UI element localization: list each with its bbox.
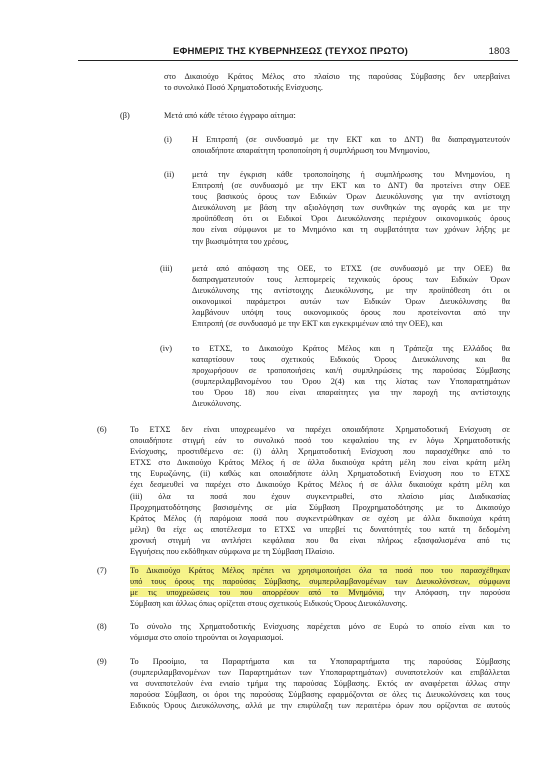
paragraph-label: (7) [97,565,107,576]
item-label-beta: (β) [120,110,130,121]
text-line: Διευκόλυνσης. [192,398,510,409]
paragraph-label: (6) [97,424,107,435]
text-line: Διευκόλυνση με βάση την αξιολόγηση των σ… [192,202,510,213]
text-line: Κράτος Μέλος (ή παρόμοια ποσά που συγκεν… [130,513,510,524]
text-line: Το σύνολο της Χρηματοδοτικής Ενίσχυσης π… [130,621,510,632]
text-line: του Όρου 18) που είναι απαραίτητες για τ… [192,387,510,398]
text-line: καταρτίσουν τους σχετικούς Ειδικούς Όρου… [192,354,510,365]
text-line: Διευκόλυνσης της αντίστοιχης Διευκόλυνση… [192,285,510,296]
text-line: την βιωσιμότητα του χρέους, [192,236,510,247]
text-line: Επιτροπή (σε συνδυασμό με την ΕΚΤ και το… [192,180,510,191]
text-line: προϋπόθεση ότι οι Ειδικοί Όροι Διευκόλυν… [192,213,510,224]
page-header: ΕΦΗΜΕΡΙΣ ΤΗΣ ΚΥΒΕΡΝΗΣΕΩΣ (ΤΕΥΧΟΣ ΠΡΩΤΟ) … [78,46,510,59]
text-line: προχωρήσουν σε τροποποιήσεις και/ή συμπλ… [192,365,510,376]
text-line: Ειδικούς Όρους Διευκόλυνσης, αλλά με την… [130,700,510,711]
paragraph-7: Το Δικαιούχο Κράτος Μέλος πρέπει να χρησ… [130,565,510,609]
text-line: της Ευρωζώνης, (ii) καθώς και οποιαδήποτ… [130,468,510,479]
header-rule [78,60,518,61]
text-line: Μετά από κάθε τέτοιο έγγραφο αίτημα: [164,110,510,121]
text-line: Το ΕΤΧΣ δεν είναι υποχρεωμένο να παρέχει… [130,424,510,435]
subitem-iv: το ΕΤΧΣ, το Δικαιούχο Κράτος Μέλος και η… [192,343,510,410]
highlighted-text: με τις υποχρεώσεις του που απορρέουν από… [130,588,384,597]
paragraph-label: (9) [97,656,107,667]
text-line: μέλη) θα είχε ως αποτέλεσμα το ΕΤΧΣ να υ… [130,524,510,535]
text-line: ΕΤΧΣ στο Δικαιούχο Κράτος Μέλος ή σε άλλ… [130,457,510,468]
text-line: που είναι σύμφωνοι με το Μνημόνιο και τη… [192,224,510,235]
subitem-label: (ii) [164,169,174,180]
paragraph-9: Το Προοίμιο, τα Παραρτήματα και τα Υποπα… [130,656,510,711]
text-line: Η Επιτροπή (σε συνδυασμό με την ΕΚΤ και … [192,134,510,145]
text-fragment: την Απόφαση, την παρούσα [384,588,510,597]
text-line: τους βασικούς όρους των Ειδικών Όρων Διε… [192,191,510,202]
text-line: Εγγυήσεις που εκδόθηκαν σύμφωνα με τη Σύ… [130,546,510,557]
text-line: παρούσα Σύμβαση, οι όροι της παρούσας Σύ… [130,689,510,700]
text-line: διαπραγματευτούν τους λεπτομερείς τεχνικ… [192,274,510,285]
text-line: (iii) όλα τα ποσά που έχουν συγκεντρωθεί… [130,491,510,502]
text-line: μετά από απόφαση της ΟΕΕ, το ΕΤΧΣ (σε συ… [192,263,510,274]
text-line: Επιτροπή (σε συνδυασμό με την ΕΚΤ και εγ… [192,318,510,329]
text-line: το συνολικό Ποσό Χρηματοδοτικής Ενίσχυση… [164,82,510,93]
subitem-ii: μετά την έγκριση κάθε τροποποίησης ή συμ… [192,169,510,247]
text-line: μετά την έγκριση κάθε τροποποίησης ή συμ… [192,169,510,180]
text-line: Το Προοίμιο, τα Παραρτήματα και τα Υποπα… [130,656,510,667]
text-line: χρονική στιγμή να αντλήσει κεφάλαια που … [130,535,510,546]
text-line: οικονομικοί παράμετροι αυτών των Ειδικών… [192,296,510,307]
text-line: λαμβάνουν υπόψη τους οικονομικούς όρους … [192,307,510,318]
text-line: Σύμβαση και άλλως όπως ορίζεται στους σχ… [130,598,510,609]
text-line: το ΕΤΧΣ, το Δικαιούχο Κράτος Μέλος και η… [192,343,510,354]
text-line: στο Δικαιούχο Κράτος Μέλος στο πλαίσιο τ… [164,71,510,82]
paragraph-8: Το σύνολο της Χρηματοδοτικής Ενίσχυσης π… [130,621,510,643]
item-beta: Μετά από κάθε τέτοιο έγγραφο αίτημα: [164,110,510,121]
page-number: 1803 [489,46,510,57]
intro-paragraph: στο Δικαιούχο Κράτος Μέλος στο πλαίσιο τ… [164,71,510,93]
highlighted-text: υπό τους όρους της παρούσας Σύμβασης, συ… [130,576,510,587]
text-line: οποιαδήποτε στιγμή εάν το συνολικό ποσό … [130,435,510,446]
text-line: Ενίσχυσης, προστιθέμενο σε: (i) άλλη Χρη… [130,446,510,457]
text-line: (συμπεριλαμβανομένων των Παραρτημάτων τω… [130,667,510,678]
paragraph-label: (8) [97,621,107,632]
subitem-label: (iv) [160,343,172,354]
subitem-i: Η Επιτροπή (σε συνδυασμό με την ΕΚΤ και … [192,134,510,156]
subitem-iii: μετά από απόφαση της ΟΕΕ, το ΕΤΧΣ (σε συ… [192,263,510,330]
highlighted-text: Το Δικαιούχο Κράτος Μέλος πρέπει να χρησ… [130,565,510,576]
text-line: νόμισμα στο οποίο τηρούνται οι λογαριασμ… [130,632,510,643]
gazette-title: ΕΦΗΜΕΡΙΣ ΤΗΣ ΚΥΒΕΡΝΗΣΕΩΣ (ΤΕΥΧΟΣ ΠΡΩΤΟ) [173,46,408,57]
subitem-label: (iii) [160,263,172,274]
subitem-label: (i) [164,134,172,145]
text-line: (συμπεριλαμβανομένου του Όρου 2(4) και τ… [192,376,510,387]
text-line: Προχρηματοδότησης βασισμένης σε μία Σύμβ… [130,502,510,513]
text-line: οποιαδήποτε απαραίτητη τροποποίηση ή συμ… [192,145,510,156]
paragraph-6: Το ΕΤΧΣ δεν είναι υποχρεωμένο να παρέχει… [130,424,510,557]
text-line: να συναποτελούν ένα ενιαίο τμήμα της παρ… [130,678,510,689]
text-line: έχει δεσμευθεί να παρέχει στο Δικαιούχο … [130,479,510,490]
